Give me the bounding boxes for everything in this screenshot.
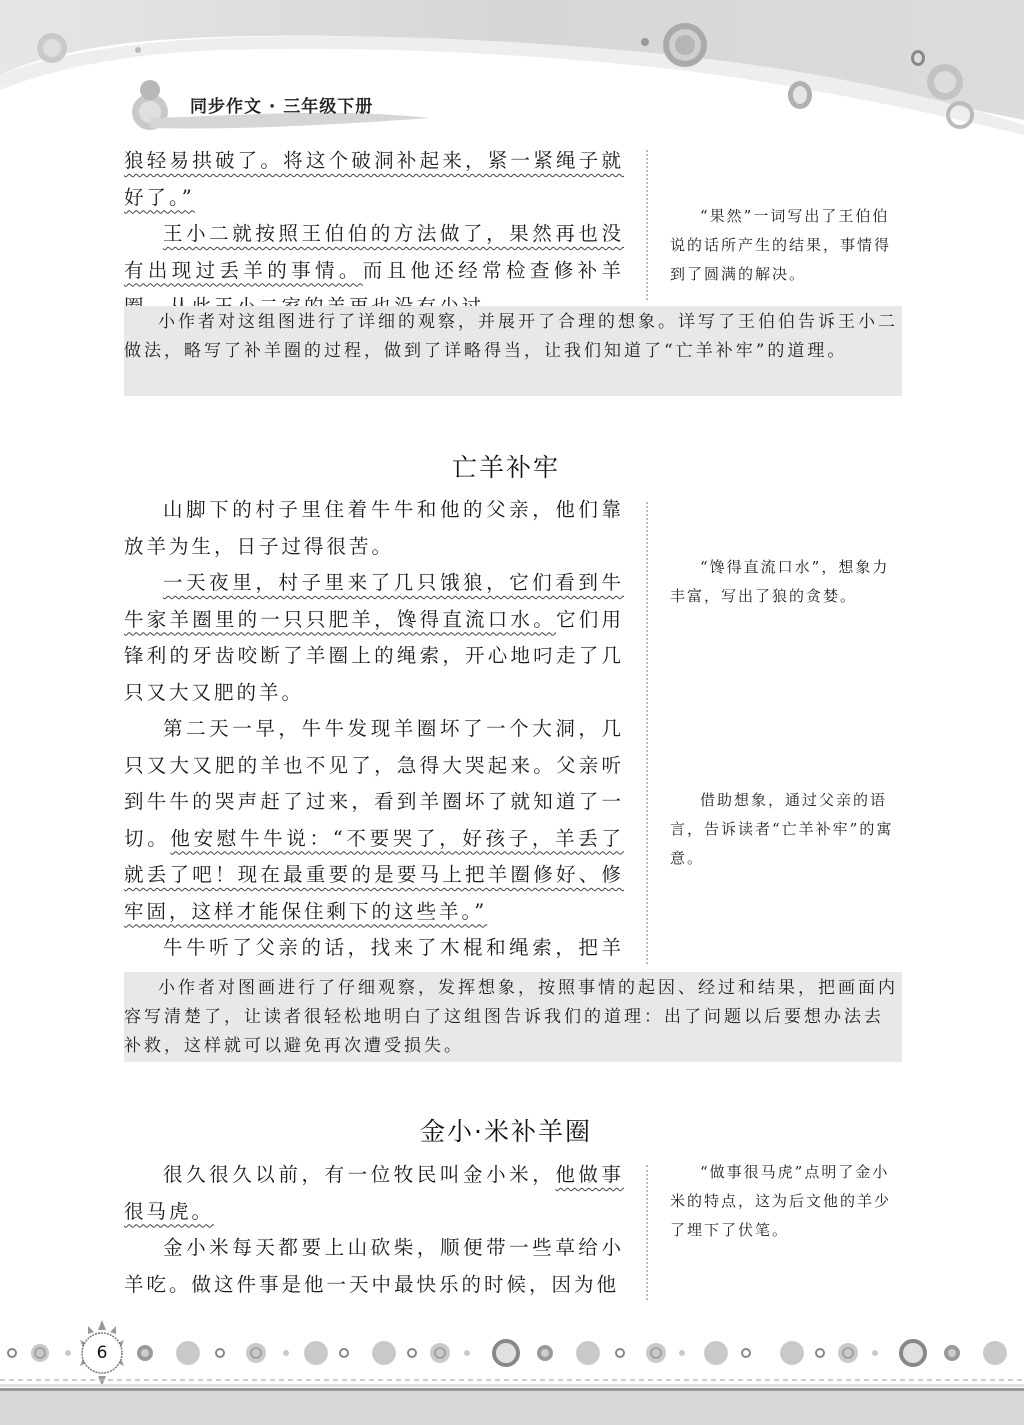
column-divider xyxy=(646,1165,648,1300)
essay2-body: 山脚下的村子里住着牛牛和他的父亲，他们靠放羊为生，日子过得很苦。 一天夜里，村子… xyxy=(124,492,624,1040)
footer-dots-graphic xyxy=(0,1300,1024,1425)
highlighted-sentence: 一天夜里，村子里来了几只饿狼，它们看到牛牛家羊圈里的一只只肥羊，馋得直流口水。 xyxy=(124,571,624,631)
highlighted-sentence: 他安慰牛牛说：“不要哭了，好孩子，羊丢了就丢了吧！现在最重要的是要马上把羊圈修好… xyxy=(124,827,624,923)
paragraph: 金小米每天都要上山砍柴，顺便带一些草给小羊吃。做这件事是他一天中最快乐的时候，因… xyxy=(124,1230,624,1303)
side-note: “果然”一词写出了王伯伯说的话所产生的结果，事情得到了圆满的解决。 xyxy=(670,202,902,289)
paragraph: 狼轻易拱破了。将这个破洞补起来，紧一紧绳子就好了。” xyxy=(124,143,624,216)
header-decoration: 同步作文 · 三年级下册 xyxy=(0,0,1024,150)
footer-decoration: 6 xyxy=(0,1300,1024,1425)
teacher-comment: 小作者对图画进行了仔细观察，发挥想象，按照事情的起因、经过和结果，把画面内容写清… xyxy=(124,972,902,1062)
paragraph: 一天夜里，村子里来了几只饿狼，它们看到牛牛家羊圈里的一只只肥羊，馋得直流口水。它… xyxy=(124,565,624,711)
column-divider xyxy=(646,502,648,964)
side-note: “馋得直流口水”，想象力丰富，写出了狼的贪婪。 xyxy=(670,553,902,611)
column-divider xyxy=(646,150,648,300)
paragraph: 很久很久以前，有一位牧民叫金小米，他做事很马虎。 xyxy=(124,1157,624,1230)
page-number: 6 xyxy=(82,1333,122,1373)
teacher-comment: 小作者对这组图进行了详细的观察，并展开了合理的想象。详写了王伯伯告诉王小二做法，… xyxy=(124,306,902,396)
highlighted-sentence: 狼轻易拱破了。将这个破洞补起来，紧一紧绳子就好了。” xyxy=(124,149,624,209)
section1-body: 狼轻易拱破了。将这个破洞补起来，紧一紧绳子就好了。” 王小二就按照王伯伯的方法做… xyxy=(124,143,624,326)
side-note: “做事很马虎”点明了金小米的特点，这为后文他的羊少了埋下了伏笔。 xyxy=(670,1158,902,1245)
paragraph-text: 很久很久以前，有一位牧民叫金小米， xyxy=(163,1163,555,1186)
essay3-body: 很久很久以前，有一位牧民叫金小米，他做事很马虎。 金小米每天都要上山砍柴，顺便带… xyxy=(124,1157,624,1303)
paragraph: 山脚下的村子里住着牛牛和他的父亲，他们靠放羊为生，日子过得很苦。 xyxy=(124,492,624,565)
paragraph: 第二天一早，牛牛发现羊圈坏了一个大洞，几只又大又肥的羊也不见了，急得大哭起来。父… xyxy=(124,711,624,930)
book-title: 同步作文 · 三年级下册 xyxy=(190,92,373,117)
side-note: 借助想象，通过父亲的语言，告诉读者“亡羊补牢”的寓意。 xyxy=(670,786,902,873)
essay-title: 金小·米补羊圈 xyxy=(420,1112,592,1148)
essay-title: 亡羊补牢 xyxy=(452,448,560,484)
header-wave-graphic xyxy=(0,0,1024,150)
